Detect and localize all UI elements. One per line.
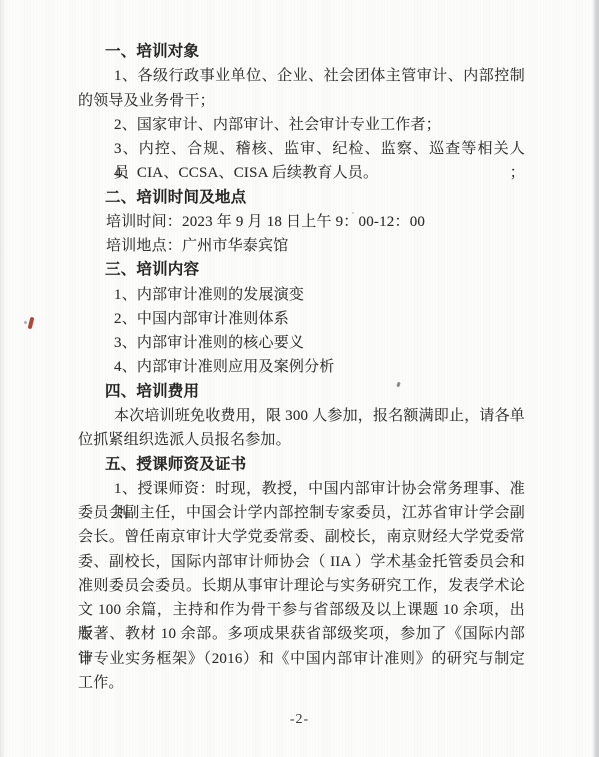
- document-body: 一、培训对象 1、各级行政事业单位、企业、社会团体主管审计、内部控制 的领导及业…: [78, 40, 525, 695]
- doc-line-training-place: 培训地点：广州市华泰宾馆: [78, 234, 525, 258]
- doc-line: 委、副校长，国际内部审计师协会（ IIA ）学术基金托管委员会和: [78, 550, 525, 574]
- section-heading-fee: 四、培训费用: [78, 380, 525, 404]
- doc-line: 文 100 余篇，主持和作为骨干参与省部级及以上课题 10 余项，出版: [78, 598, 525, 622]
- scan-right-edge-shadow: [592, 0, 599, 757]
- doc-line: 1、授课师资：时现，教授，中国内部审计协会常务理事、准则: [78, 477, 525, 501]
- doc-line: 2、中国内部审计准则体系: [78, 307, 525, 331]
- doc-line: 工作。: [78, 671, 525, 695]
- scan-speck: [24, 321, 27, 324]
- red-pen-mark: [28, 317, 35, 330]
- doc-line: 1、各级行政事业单位、企业、社会团体主管审计、内部控制: [78, 64, 525, 88]
- doc-line: 专著、教材 10 余部。多项成果获省部级奖项，参加了《国际内部审: [78, 622, 525, 646]
- doc-line: 位抓紧组织选派人员报名参加。: [78, 428, 525, 452]
- page-number: -2-: [0, 712, 599, 728]
- doc-line-training-time: 培训时间：2023 年 9 月 18 日上午 9：00-12：00: [78, 210, 525, 234]
- section-heading-time-place: 二、培训时间及地点: [78, 186, 525, 210]
- section-heading-training-target: 一、培训对象: [78, 40, 525, 64]
- scan-left-edge: [0, 0, 5, 757]
- doc-line: 1、内部审计准则的发展演变: [78, 283, 525, 307]
- doc-line: 准则委员会委员。长期从事审计理论与实务研究工作，发表学术论: [78, 574, 525, 598]
- doc-line: 3、内控、合规、稽核、监审、纪检、监察、巡查等相关人员；: [78, 137, 525, 161]
- doc-line: 3、内部审计准则的核心要义: [78, 331, 525, 355]
- doc-line: 4、内部审计准则应用及案例分析: [78, 355, 525, 379]
- section-heading-lecturer: 五、授课师资及证书: [78, 453, 525, 477]
- doc-line: 2、国家审计、内部审计、社会审计专业工作者；: [78, 113, 525, 137]
- doc-line: 本次培训班免收费用，限 300 人参加，报名额满即止，请各单: [78, 404, 525, 428]
- doc-line: 计专业实务框架》（2016）和《中国内部审计准则》的研究与制定: [78, 647, 525, 671]
- scanned-document-page: 一、培训对象 1、各级行政事业单位、企业、社会团体主管审计、内部控制 的领导及业…: [0, 0, 599, 757]
- doc-line: 的领导及业务骨干；: [78, 89, 525, 113]
- doc-line: 委员会副主任，中国会计学内部控制专家委员，江苏省审计学会副: [78, 501, 525, 525]
- section-heading-content: 三、培训内容: [78, 258, 525, 282]
- doc-line: 会长。曾任南京审计大学党委常委、副校长，南京财经大学党委常: [78, 525, 525, 549]
